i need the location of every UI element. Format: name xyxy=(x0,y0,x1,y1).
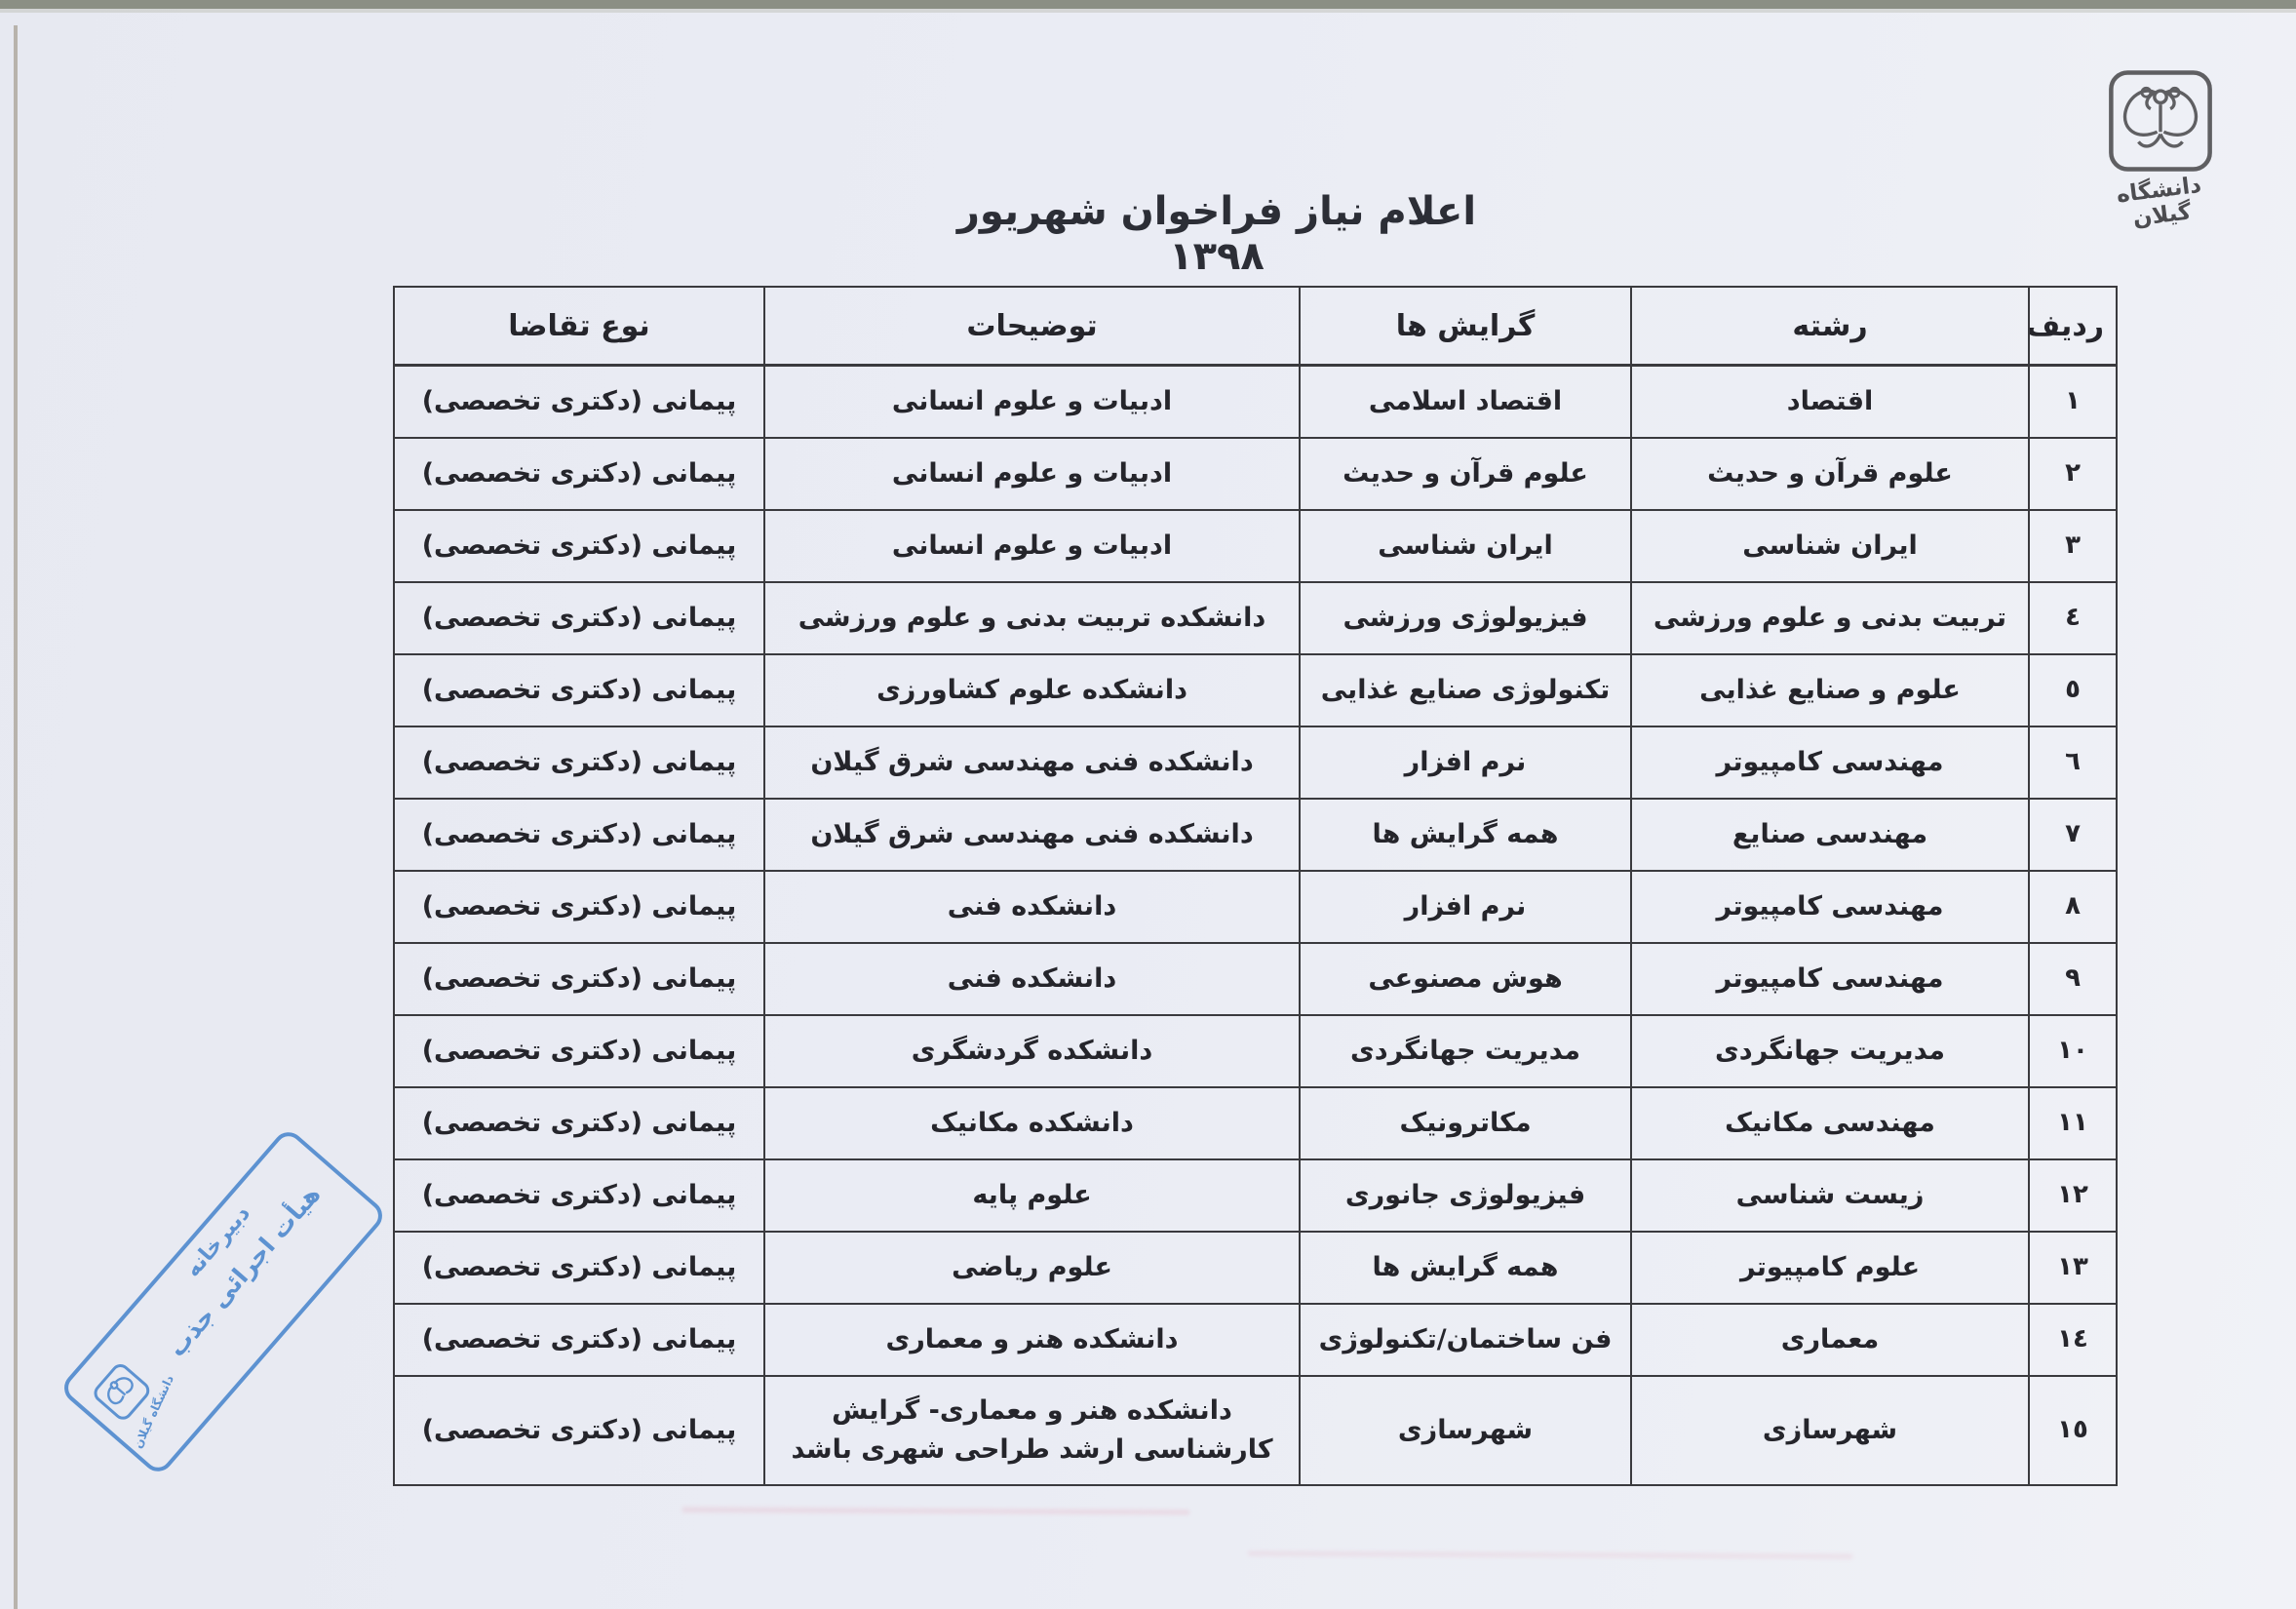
table-cell: ١٠ xyxy=(2029,1015,2117,1087)
scanned-document-page: اعلام نیاز فراخوان شهریور ١٣٩٨ دانشگاه گ… xyxy=(0,0,2296,1609)
table-cell: دانشکده مکانیک xyxy=(764,1087,1300,1159)
table-cell: شهرسازی xyxy=(1300,1376,1631,1485)
university-logo: دانشگاه گیلان xyxy=(2094,68,2227,228)
table-cell: ٦ xyxy=(2029,726,2117,799)
table-row: ٢علوم قرآن و حدیثعلوم قرآن و حدیثادبیات … xyxy=(394,438,2117,510)
table-cell: پیمانی (دکتری تخصصی) xyxy=(394,510,764,582)
table-cell: تکنولوژی صنایع غذایی xyxy=(1300,654,1631,726)
table-cell: هوش مصنوعی xyxy=(1300,943,1631,1015)
table-cell: پیمانی (دکتری تخصصی) xyxy=(394,438,764,510)
table-cell: ١١ xyxy=(2029,1087,2117,1159)
table-cell: پیمانی (دکتری تخصصی) xyxy=(394,1232,764,1304)
table-cell: دانشکده گردشگری xyxy=(764,1015,1300,1087)
scanner-top-edge xyxy=(0,0,2296,9)
table-cell: فیزیولوژی ورزشی xyxy=(1300,582,1631,654)
table-cell: ادبیات و علوم انسانی xyxy=(764,366,1300,438)
table-cell: تربیت بدنی و علوم ورزشی xyxy=(1631,582,2029,654)
table-cell: نرم افزار xyxy=(1300,871,1631,943)
table-cell: مهندسی کامپیوتر xyxy=(1631,871,2029,943)
column-header-notes: توضیحات xyxy=(764,287,1300,366)
table-row: ١٠مدیریت جهانگردیمدیریت جهانگردیدانشکده … xyxy=(394,1015,2117,1087)
table-row: ١٣علوم کامپیوترهمه گرایش هاعلوم ریاضیپیم… xyxy=(394,1232,2117,1304)
table-cell: ٢ xyxy=(2029,438,2117,510)
table-cell: مکاترونیک xyxy=(1300,1087,1631,1159)
table-cell: پیمانی (دکتری تخصصی) xyxy=(394,1015,764,1087)
table-cell: ٣ xyxy=(2029,510,2117,582)
table-cell: دانشکده فنی مهندسی شرق گیلان xyxy=(764,726,1300,799)
table-cell: مهندسی مکانیک xyxy=(1631,1087,2029,1159)
table-cell: پیمانی (دکتری تخصصی) xyxy=(394,1376,764,1485)
table-cell: مهندسی کامپیوتر xyxy=(1631,943,2029,1015)
table-cell: دانشکده علوم کشاورزی xyxy=(764,654,1300,726)
table-cell: ایران شناسی xyxy=(1300,510,1631,582)
column-header-request-type: نوع تقاضا xyxy=(394,287,764,366)
table-cell: مدیریت جهانگردی xyxy=(1300,1015,1631,1087)
table-cell: مدیریت جهانگردی xyxy=(1631,1015,2029,1087)
table-row: ٥علوم و صنایع غذاییتکنولوژی صنایع غذایید… xyxy=(394,654,2117,726)
table-cell: ٧ xyxy=(2029,799,2117,871)
table-cell: ایران شناسی xyxy=(1631,510,2029,582)
table-cell: پیمانی (دکتری تخصصی) xyxy=(394,726,764,799)
table-cell: فن ساختمان/تکنولوژی xyxy=(1300,1304,1631,1376)
column-header-field: رشته xyxy=(1631,287,2029,366)
table-row: ١٢زیست شناسیفیزیولوژی جانوریعلوم پایهپیم… xyxy=(394,1159,2117,1232)
table-cell: همه گرایش ها xyxy=(1300,1232,1631,1304)
table-row: ١٥شهرسازیشهرسازیدانشکده هنر و معماری- گر… xyxy=(394,1376,2117,1485)
table-cell: همه گرایش ها xyxy=(1300,799,1631,871)
scan-artifact xyxy=(682,1508,1189,1515)
table-cell: مهندسی کامپیوتر xyxy=(1631,726,2029,799)
table-cell: پیمانی (دکتری تخصصی) xyxy=(394,871,764,943)
table-cell: اقتصاد xyxy=(1631,366,2029,438)
table-cell: ادبیات و علوم انسانی xyxy=(764,510,1300,582)
table-cell: ٥ xyxy=(2029,654,2117,726)
table-row: ٣ایران شناسیایران شناسیادبیات و علوم انس… xyxy=(394,510,2117,582)
table-cell: ١٢ xyxy=(2029,1159,2117,1232)
table-cell: دانشکده فنی xyxy=(764,943,1300,1015)
table-cell: زیست شناسی xyxy=(1631,1159,2029,1232)
table-cell: پیمانی (دکتری تخصصی) xyxy=(394,1159,764,1232)
university-name-calligraphy: دانشگاه گیلان xyxy=(2091,170,2229,236)
table-header-row: ردیف رشته گرایش ها توضیحات نوع تقاضا xyxy=(394,287,2117,366)
table-cell: ١٤ xyxy=(2029,1304,2117,1376)
table-cell: دانشکده فنی xyxy=(764,871,1300,943)
table-row: ٤تربیت بدنی و علوم ورزشیفیزیولوژی ورزشید… xyxy=(394,582,2117,654)
table-row: ١١مهندسی مکانیکمکاترونیکدانشکده مکانیکپی… xyxy=(394,1087,2117,1159)
table-cell: معماری xyxy=(1631,1304,2029,1376)
table-row: ١٤معماریفن ساختمان/تکنولوژیدانشکده هنر و… xyxy=(394,1304,2117,1376)
table-cell: ٨ xyxy=(2029,871,2117,943)
table-cell: ٤ xyxy=(2029,582,2117,654)
table-cell: علوم قرآن و حدیث xyxy=(1631,438,2029,510)
table-cell: دانشکده هنر و معماری xyxy=(764,1304,1300,1376)
column-header-specialization: گرایش ها xyxy=(1300,287,1631,366)
table-cell: پیمانی (دکتری تخصصی) xyxy=(394,582,764,654)
table-cell: ١٥ xyxy=(2029,1376,2117,1485)
table-row: ٨مهندسی کامپیوترنرم افزاردانشکده فنیپیما… xyxy=(394,871,2117,943)
university-emblem-icon xyxy=(2094,68,2227,174)
table-cell: پیمانی (دکتری تخصصی) xyxy=(394,943,764,1015)
scanner-top-edge-shadow xyxy=(0,9,2296,13)
table-cell: علوم قرآن و حدیث xyxy=(1300,438,1631,510)
scan-artifact xyxy=(1248,1550,1852,1558)
table-cell: شهرسازی xyxy=(1631,1376,2029,1485)
table-row: ١اقتصاداقتصاد اسلامیادبیات و علوم انسانی… xyxy=(394,366,2117,438)
table-cell: علوم ریاضی xyxy=(764,1232,1300,1304)
table-cell: پیمانی (دکتری تخصصی) xyxy=(394,1087,764,1159)
table-cell: علوم و صنایع غذایی xyxy=(1631,654,2029,726)
page-title: اعلام نیاز فراخوان شهریور ١٣٩٨ xyxy=(924,189,1509,279)
table-cell: پیمانی (دکتری تخصصی) xyxy=(394,799,764,871)
table-cell: نرم افزار xyxy=(1300,726,1631,799)
needs-table: ردیف رشته گرایش ها توضیحات نوع تقاضا ١اق… xyxy=(393,286,2118,1486)
table-cell: پیمانی (دکتری تخصصی) xyxy=(394,366,764,438)
table-cell: فیزیولوژی جانوری xyxy=(1300,1159,1631,1232)
table-row: ٦مهندسی کامپیوترنرم افزاردانشکده فنی مهن… xyxy=(394,726,2117,799)
table-cell: ١ xyxy=(2029,366,2117,438)
table-cell: دانشکده هنر و معماری- گرایش کارشناسی ارش… xyxy=(764,1376,1300,1485)
table-cell: علوم کامپیوتر xyxy=(1631,1232,2029,1304)
scanner-left-edge xyxy=(14,25,18,1609)
column-header-row-number: ردیف xyxy=(2029,287,2117,366)
table-cell: ادبیات و علوم انسانی xyxy=(764,438,1300,510)
table-cell: پیمانی (دکتری تخصصی) xyxy=(394,1304,764,1376)
secretariat-stamp: دبیرخانه هیأت اجرائی جذب دانشگاه گیلان xyxy=(58,1126,388,1478)
table-cell: دانشکده تربیت بدنی و علوم ورزشی xyxy=(764,582,1300,654)
table-cell: دانشکده فنی مهندسی شرق گیلان xyxy=(764,799,1300,871)
table-cell: پیمانی (دکتری تخصصی) xyxy=(394,654,764,726)
table-cell: علوم پایه xyxy=(764,1159,1300,1232)
table-row: ٩مهندسی کامپیوترهوش مصنوعیدانشکده فنیپیم… xyxy=(394,943,2117,1015)
table-cell: اقتصاد اسلامی xyxy=(1300,366,1631,438)
table-row: ٧مهندسی صنایعهمه گرایش هادانشکده فنی مهن… xyxy=(394,799,2117,871)
table-cell: مهندسی صنایع xyxy=(1631,799,2029,871)
table-cell: ١٣ xyxy=(2029,1232,2117,1304)
table-cell: ٩ xyxy=(2029,943,2117,1015)
